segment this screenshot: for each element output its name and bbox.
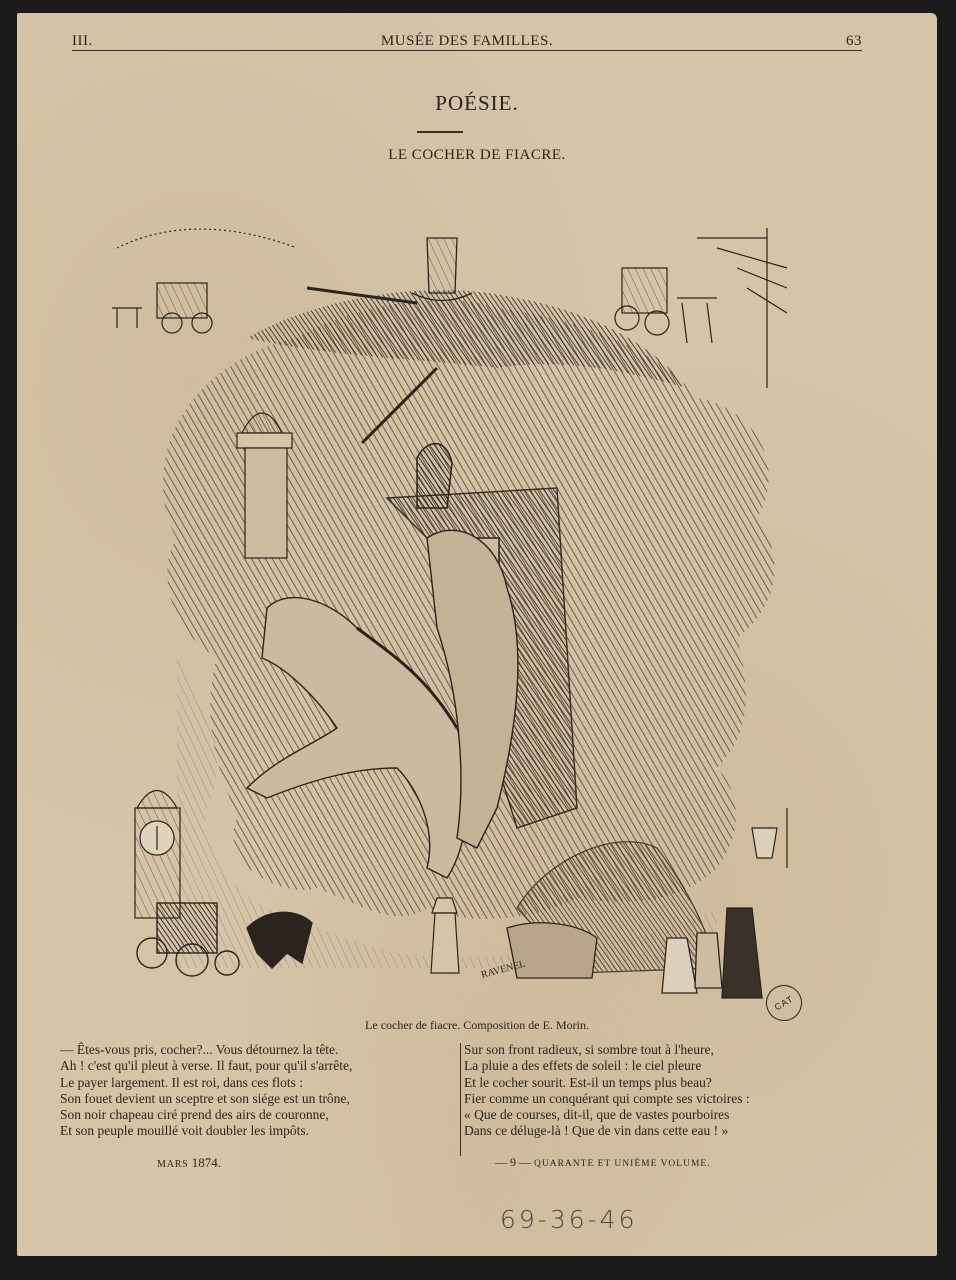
running-head: III. MUSÉE DES FAMILLES. 63	[72, 33, 862, 55]
poem-date: MARS 1874.	[157, 1155, 221, 1171]
page-number: 63	[846, 33, 862, 50]
wall-lantern	[752, 808, 787, 868]
signature-text: QUARANTE ET UNIÈME VOLUME.	[534, 1159, 711, 1169]
verse-line: Le payer largement. Il est roi, dans ces…	[60, 1075, 440, 1091]
verse-line: Son fouet devient un sceptre et son siég…	[60, 1091, 440, 1107]
illustration-caption: Le cocher de fiacre. Composition de E. M…	[17, 1018, 937, 1033]
verse-line: Ah ! c'est qu'il pleut à verse. Il faut,…	[60, 1058, 440, 1074]
verse-line: Et le cocher sourit. Est-il un temps plu…	[464, 1075, 834, 1091]
verse-line: La pluie a des effets de soleil : le cie…	[464, 1058, 834, 1074]
verse-line: Dans ce déluge-là ! Que de vin dans cett…	[464, 1123, 834, 1139]
verse-line: Son noir chapeau ciré prend des airs de …	[60, 1107, 440, 1123]
engraving-illustration: RAVENEL	[97, 208, 817, 1013]
poem-title: LE COCHER DE FIACRE.	[17, 147, 937, 164]
title-rule	[417, 131, 463, 133]
street-lamp	[431, 898, 459, 973]
verse-line: — Êtes-vous pris, cocher?... Vous détour…	[60, 1042, 440, 1058]
handwritten-inventory-number: 69-36-46	[500, 1205, 637, 1234]
date-month: MARS	[157, 1159, 189, 1170]
verse-line: Sur son front radieux, si sombre tout à …	[464, 1042, 834, 1058]
verse-line: « Que de courses, dit-il, que de vastes …	[464, 1107, 834, 1123]
carriage-vignette-top-left	[112, 229, 297, 333]
clock-tower-vignette	[135, 791, 180, 919]
top-hat-drawing	[307, 238, 472, 303]
printer-signature: — 9 — QUARANTE ET UNIÈME VOLUME.	[495, 1155, 711, 1170]
document-page: III. MUSÉE DES FAMILLES. 63 POÉSIE. LE C…	[17, 13, 937, 1256]
verse-right-column: Sur son front radieux, si sombre tout à …	[464, 1042, 834, 1140]
publication-title: MUSÉE DES FAMILLES.	[72, 33, 862, 50]
section-title: POÉSIE.	[17, 91, 937, 116]
signature-number: — 9 —	[495, 1155, 531, 1169]
morris-column	[237, 413, 292, 558]
verse-left-column: — Êtes-vous pris, cocher?... Vous détour…	[60, 1042, 440, 1140]
date-year: 1874.	[192, 1155, 221, 1170]
verse-line: Fier comme un conquérant qui compte ses …	[464, 1091, 834, 1107]
verse-line: Et son peuple mouillé voit doubler les i…	[60, 1123, 440, 1139]
column-divider	[460, 1043, 461, 1156]
header-rule	[72, 50, 862, 51]
